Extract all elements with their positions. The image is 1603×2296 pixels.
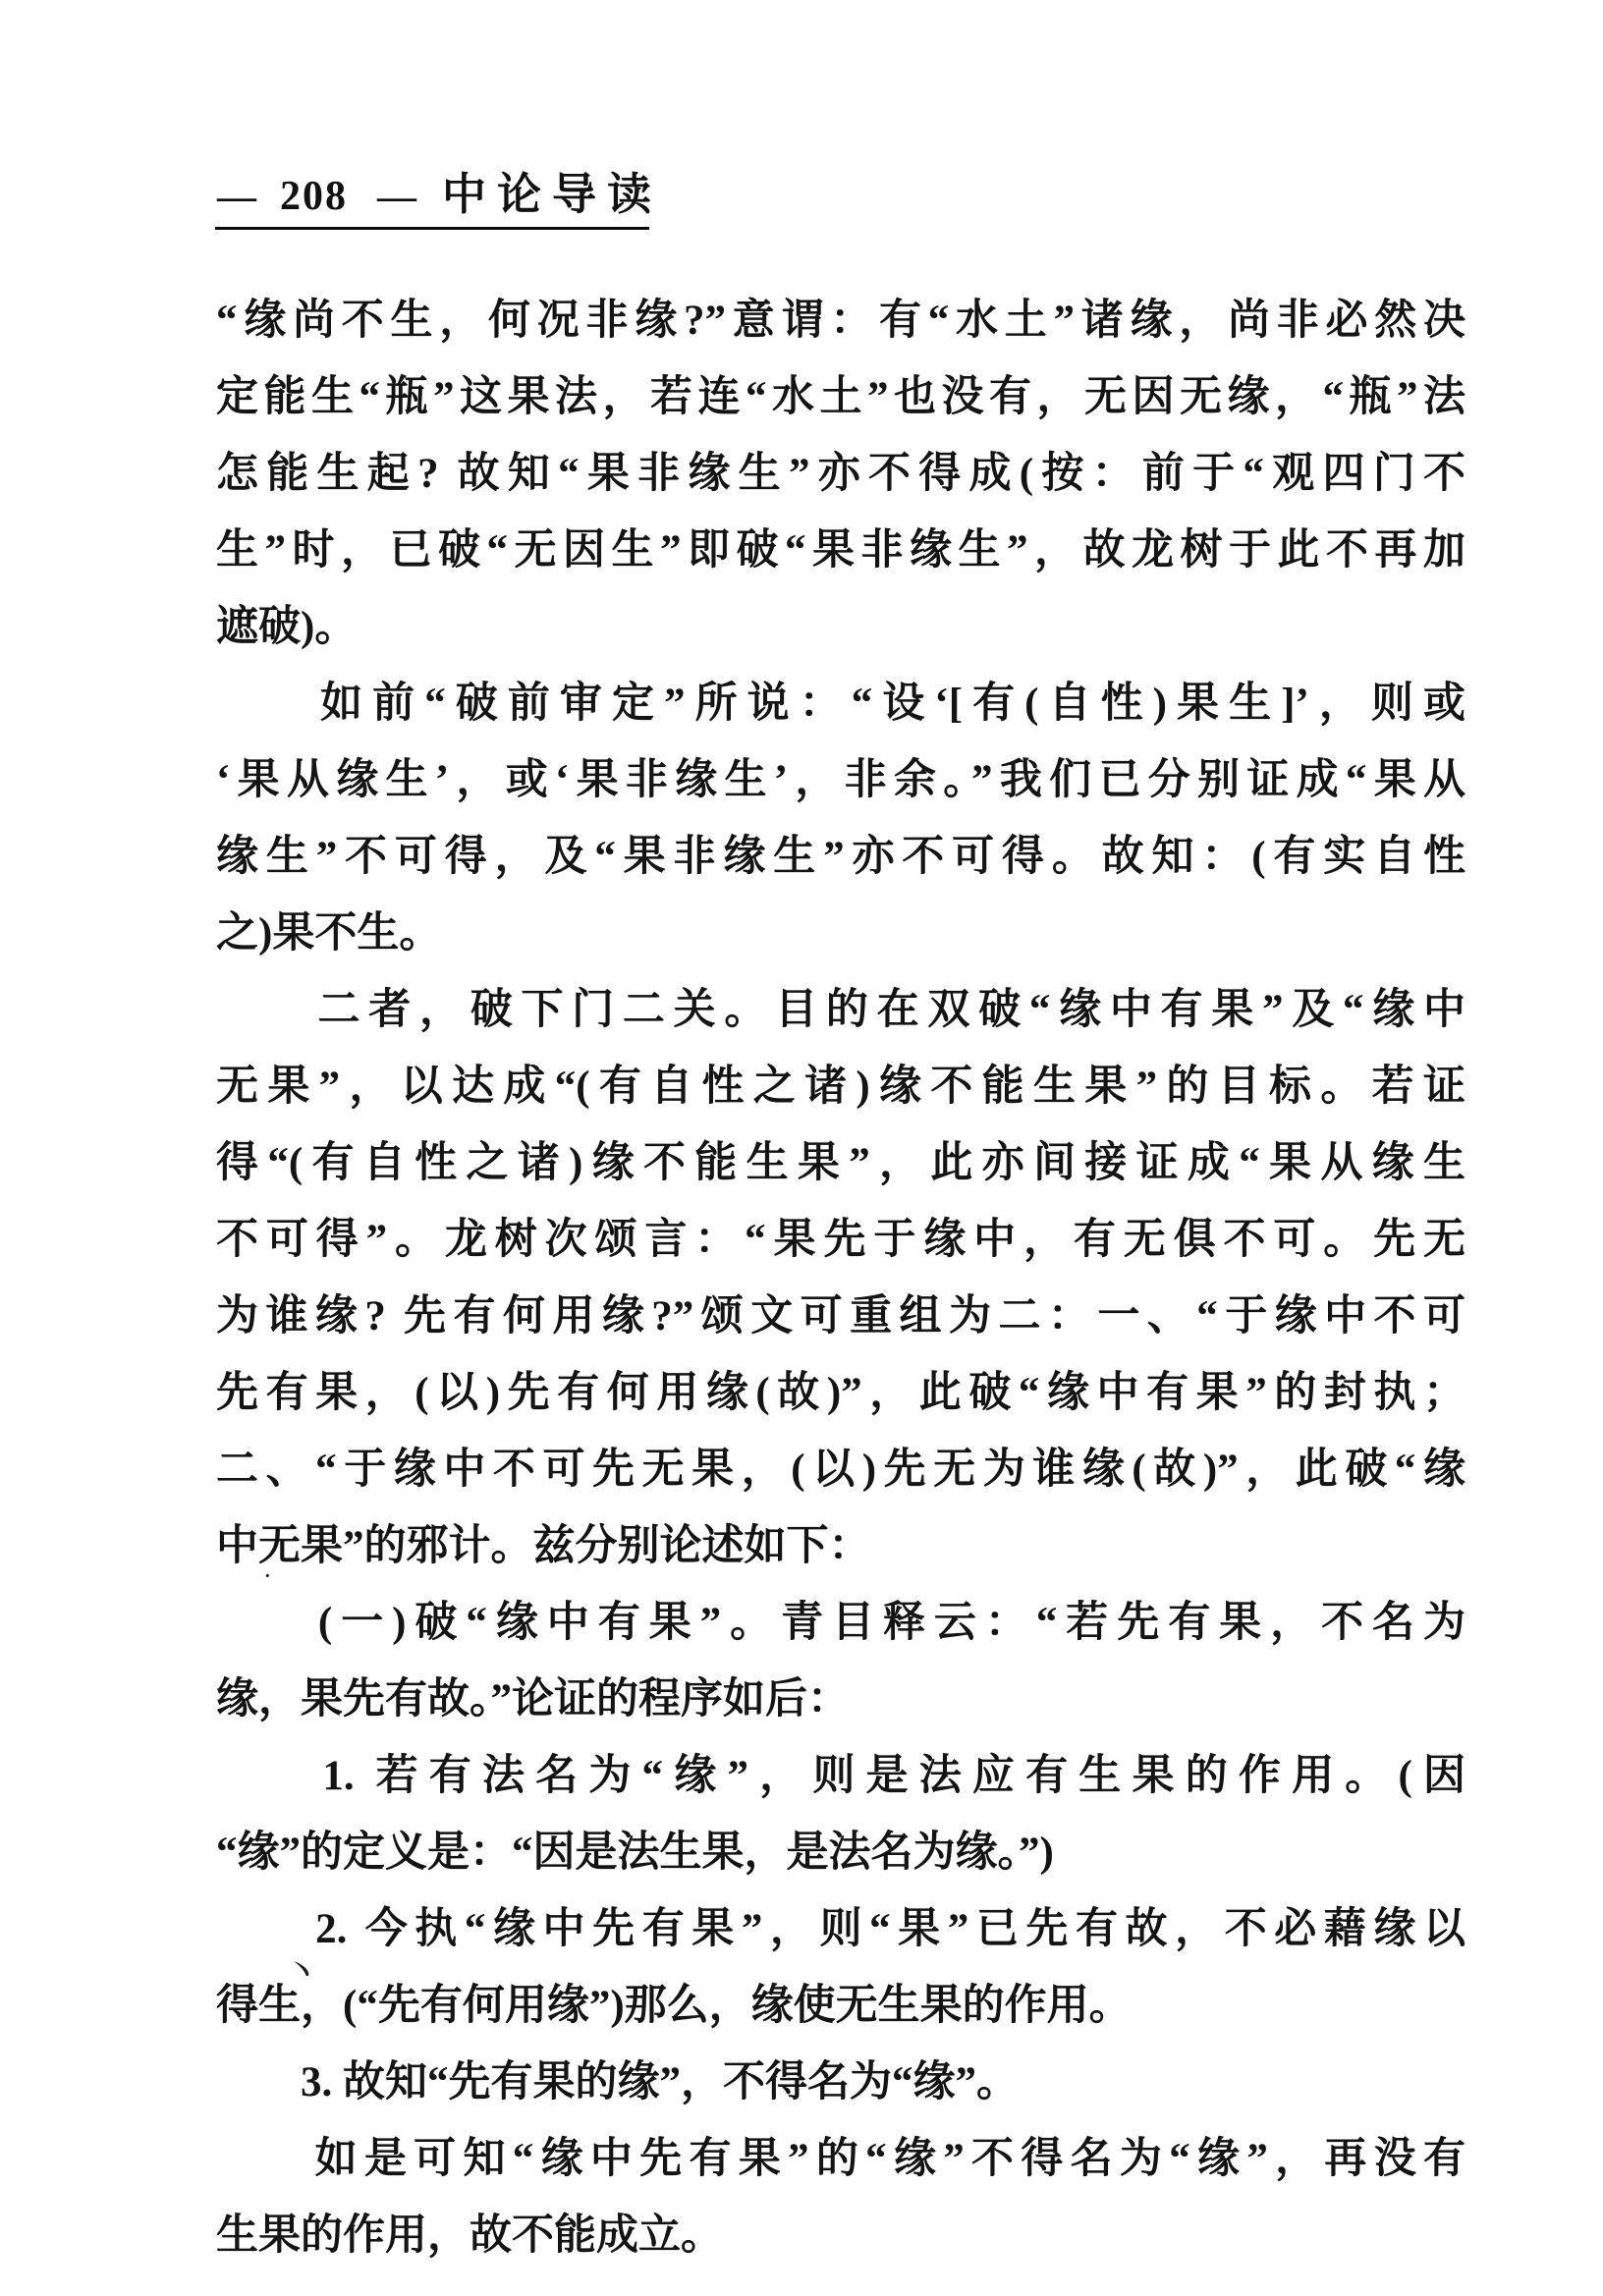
text-line: ‘果从缘生’，或‘果非缘生’，非余。”我们已分别证成“果从	[216, 742, 1465, 819]
text-line: (一)破“缘中有果”。青目释云：“若先有果，不名为	[216, 1585, 1465, 1662]
book-page: — 208 — 中论导读 “缘尚不生，何况非缘?”意谓：有“水土”诸缘，尚非必然…	[0, 0, 1603, 2296]
text-line: 中无果”的邪计。兹分别论述如下：	[216, 1508, 1465, 1585]
header-dash-left: —	[217, 177, 256, 216]
text-body: “缘尚不生，何况非缘?”意谓：有“水土”诸缘，尚非必然决定能生“瓶”这果法，若连…	[216, 283, 1465, 2274]
page-number: 208	[280, 176, 348, 217]
text-line: 二、“于缘中不可先无果，(以)先无为谁缘(故)”，此破“缘	[216, 1432, 1465, 1508]
text-line: 无果”，以达成“(有自性之诸)缘不能生果”的目标。若证	[216, 1049, 1465, 1125]
text-line: 为谁缘? 先有何用缘?”颂文可重组为二：一、“于缘中不可	[216, 1279, 1465, 1355]
text-line: 怎能生起? 故知“果非缘生”亦不得成(按：前于“观四门不	[216, 436, 1465, 513]
text-line: “缘尚不生，何况非缘?”意谓：有“水土”诸缘，尚非必然决	[216, 283, 1465, 359]
text-line: 定能生“瓶”这果法，若连“水土”也没有，无因无缘，“瓶”法	[216, 359, 1465, 436]
text-line: 如是可知“缘中先有果”的“缘”不得名为“缘”，再没有	[216, 2121, 1465, 2198]
text-line: 3. 故知“先有果的缘”，不得名为“缘”。	[216, 2045, 1465, 2121]
text-line: 二者，破下门二关。目的在双破“缘中有果”及“缘中	[216, 972, 1465, 1049]
scan-artifact-tick: 丶	[283, 1954, 320, 1992]
text-line: “缘”的定义是：“因是法生果，是法名为缘。”)	[216, 1815, 1465, 1891]
text-line: 之)果不生。	[216, 896, 1465, 972]
text-line: 生果的作用，故不能成立。	[216, 2198, 1465, 2274]
text-line: 如前“破前审定”所说：“设‘[有(自性)果生]’，则或	[216, 666, 1465, 742]
text-line: 得生，(“先有何用缘”)那么，缘使无生果的作用。	[216, 1968, 1465, 2045]
text-line: 缘，果先有故。”论证的程序如后：	[216, 1662, 1465, 1738]
text-line: 2. 今执“缘中先有果”，则“果”已先有故，不必藉缘以	[216, 1891, 1465, 1968]
scan-artifact-dot: ·	[263, 1563, 272, 1589]
text-line: 生”时，已破“无因生”即破“果非缘生”，故龙树于此不再加	[216, 513, 1465, 589]
book-title: 中论导读	[442, 173, 662, 217]
text-line: 得“(有自性之诸)缘不能生果”，此亦间接证成“果从缘生	[216, 1125, 1465, 1202]
header-dash-right: —	[377, 177, 416, 216]
text-line: 1. 若有法名为“缘”，则是法应有生果的作用。(因	[216, 1738, 1465, 1815]
text-line: 遮破)。	[216, 589, 1465, 666]
text-line: 先有果，(以)先有何用缘(故)”，此破“缘中有果”的封执；	[216, 1355, 1465, 1432]
header-underline	[215, 227, 649, 230]
page-header: — 208 — 中论导读	[217, 173, 662, 217]
text-line: 不可得”。龙树次颂言：“果先于缘中，有无俱不可。先无	[216, 1202, 1465, 1279]
text-line: 缘生”不可得，及“果非缘生”亦不可得。故知：(有实自性	[216, 819, 1465, 896]
